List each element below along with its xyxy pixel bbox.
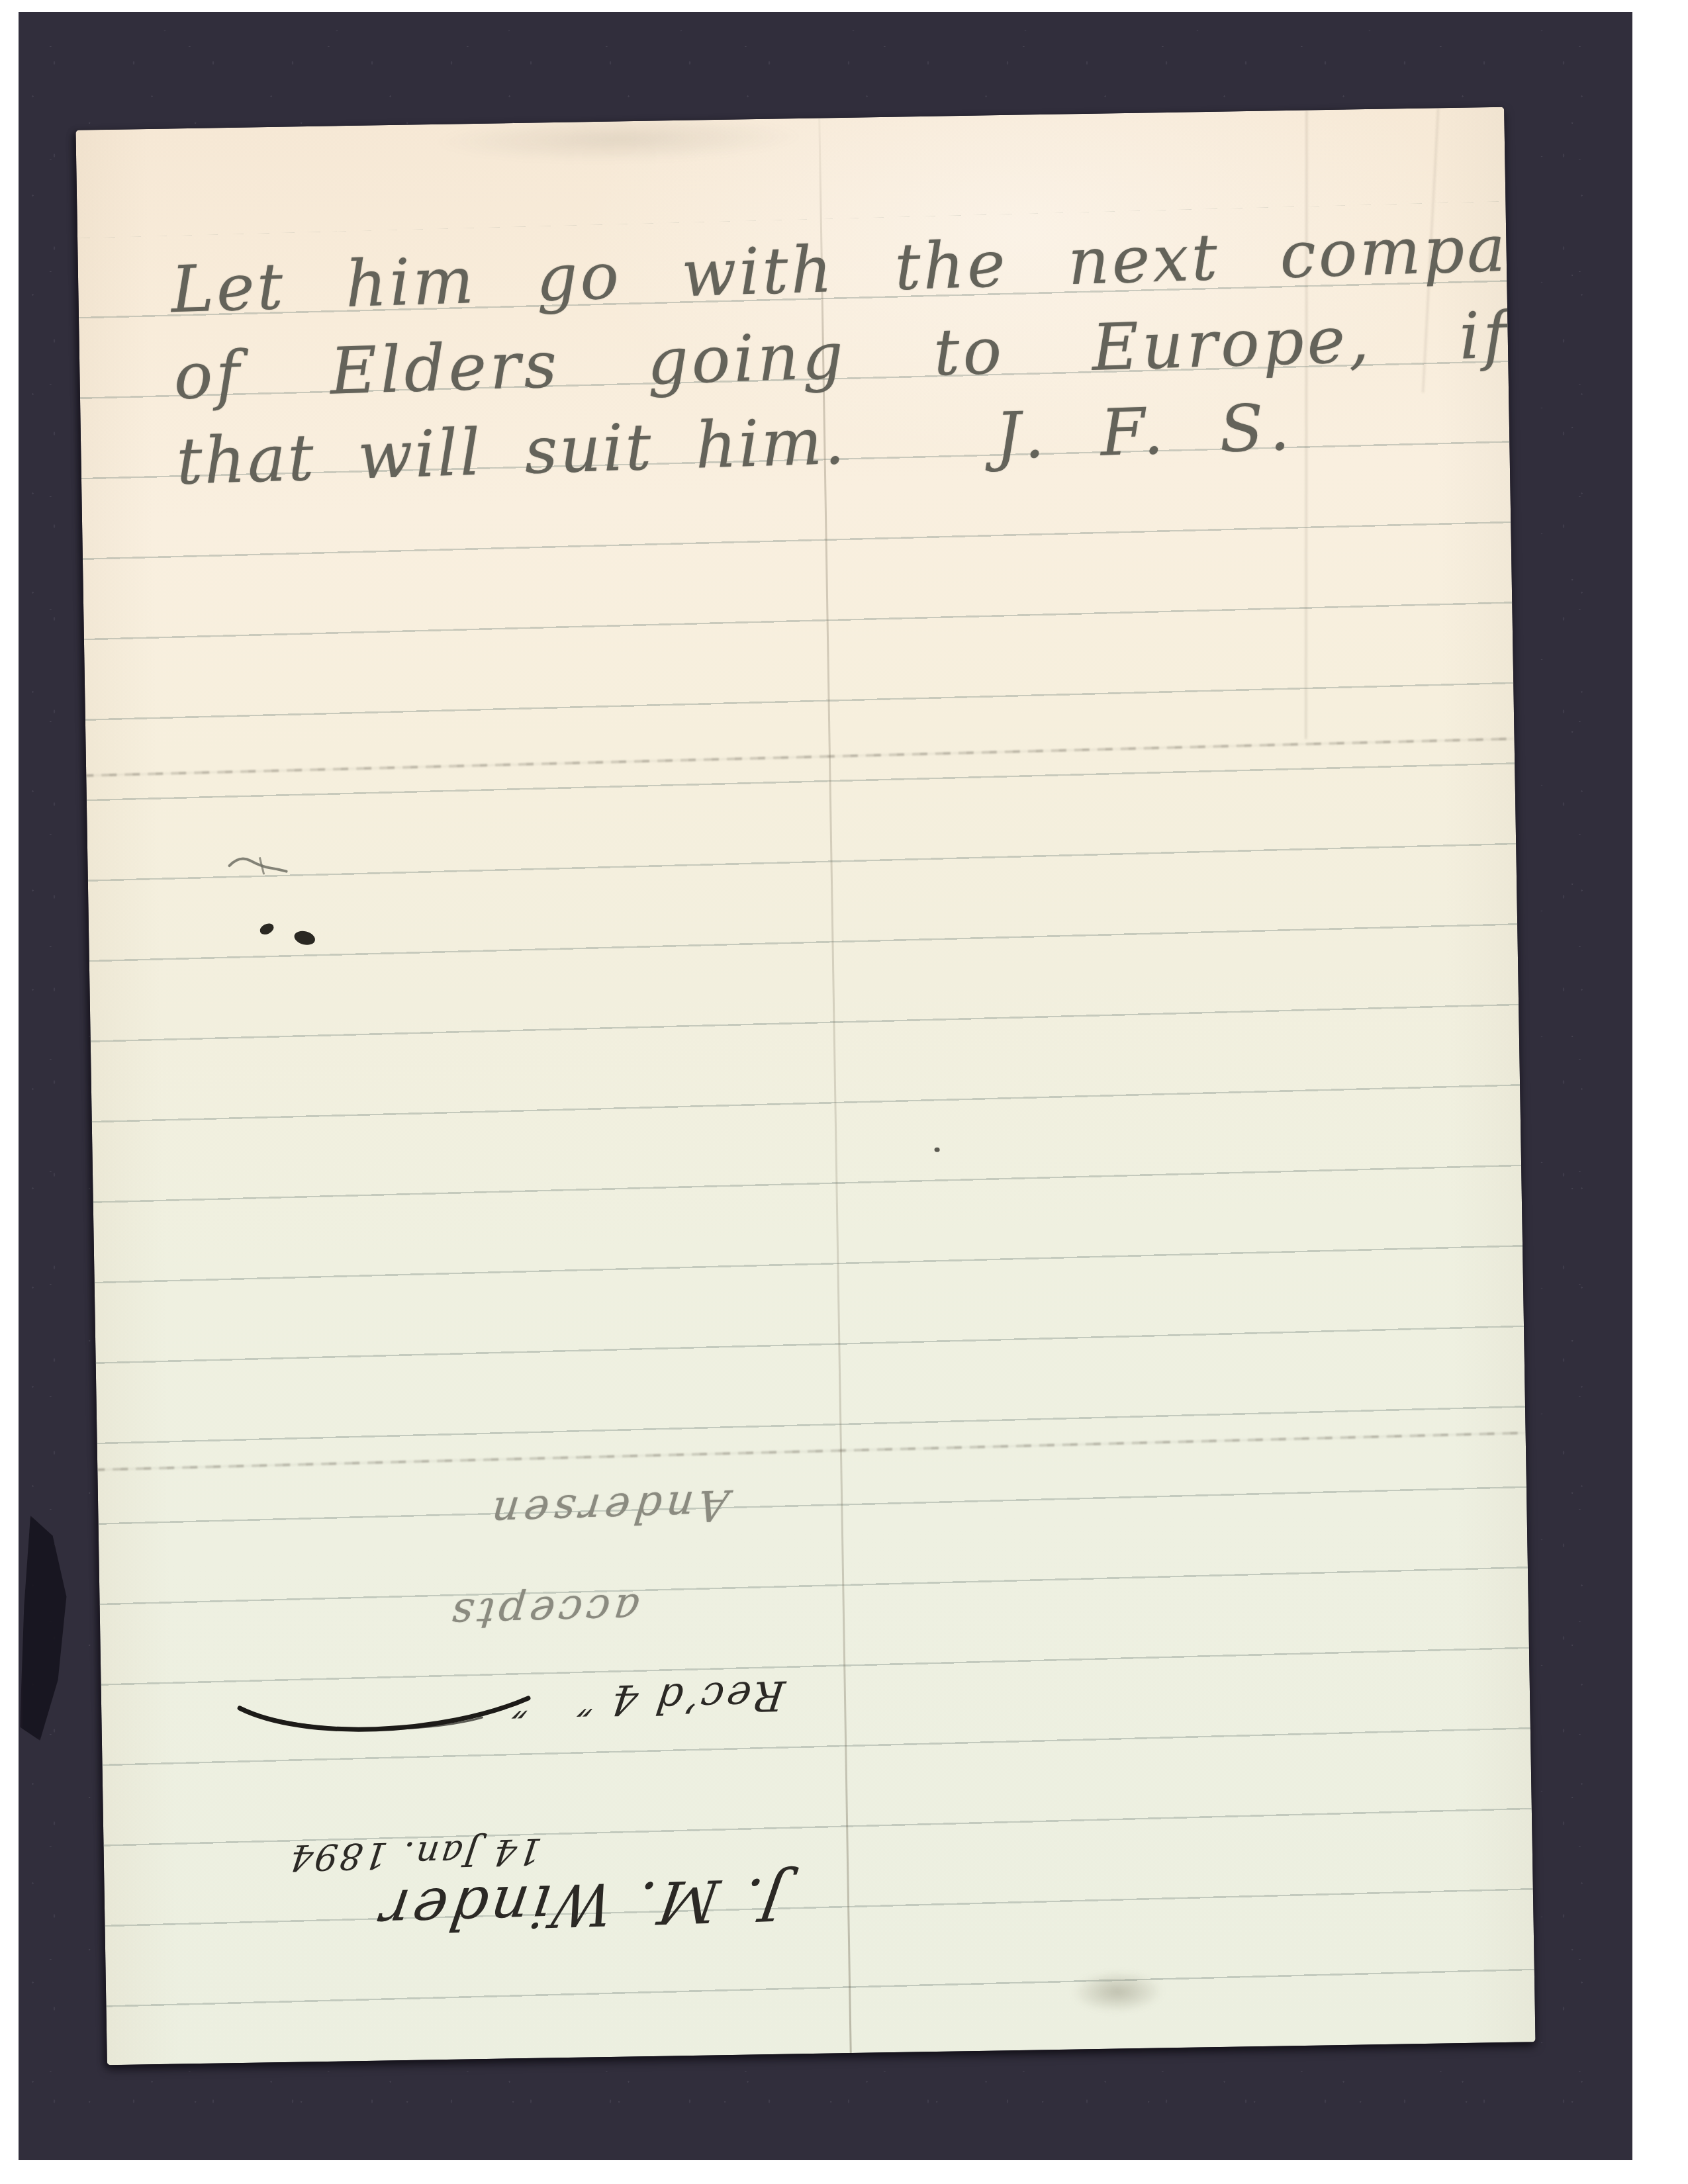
scanned-document-page: Let him go with the next company of Elde… <box>0 0 1688 2184</box>
ink-flourish-underline <box>230 1689 542 1750</box>
paper-sheet: Let him go with the next company of Elde… <box>75 107 1535 2066</box>
mat-shadow-blob <box>20 1516 73 1741</box>
handwritten-note: Let him go with the next company of Elde… <box>170 211 1501 499</box>
docket-pencil-note-upside-down: accepts <box>369 1582 718 1641</box>
note-signature-initials: J. F. S. <box>994 390 1299 474</box>
ink-squiggle-mark <box>225 844 299 883</box>
